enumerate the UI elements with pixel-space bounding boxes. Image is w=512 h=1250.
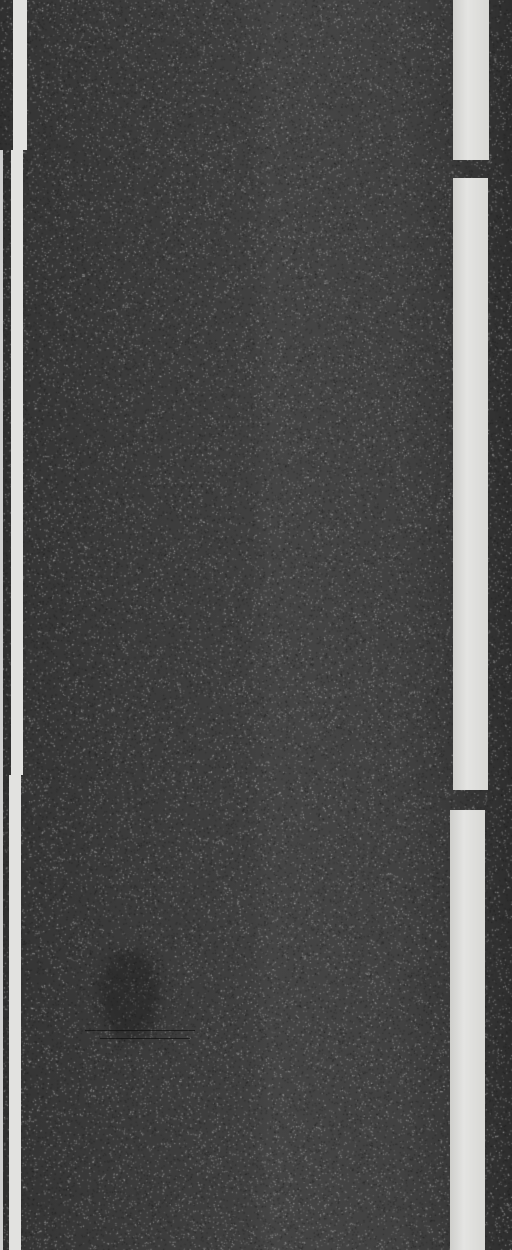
left-outer-line — [0, 150, 3, 1250]
road-surface — [0, 0, 512, 1250]
left-edge-line-lower — [9, 775, 21, 1250]
right-lane-dash — [453, 178, 488, 790]
oil-stain — [100, 950, 160, 1040]
left-edge-line-mid — [11, 150, 23, 775]
pavement-crack — [100, 1038, 190, 1039]
left-edge-line-upper — [13, 0, 27, 150]
right-lane-dash — [453, 0, 489, 160]
right-lane-dash — [450, 810, 485, 1250]
pavement-crack — [85, 1030, 195, 1031]
asphalt-texture — [0, 0, 512, 1250]
